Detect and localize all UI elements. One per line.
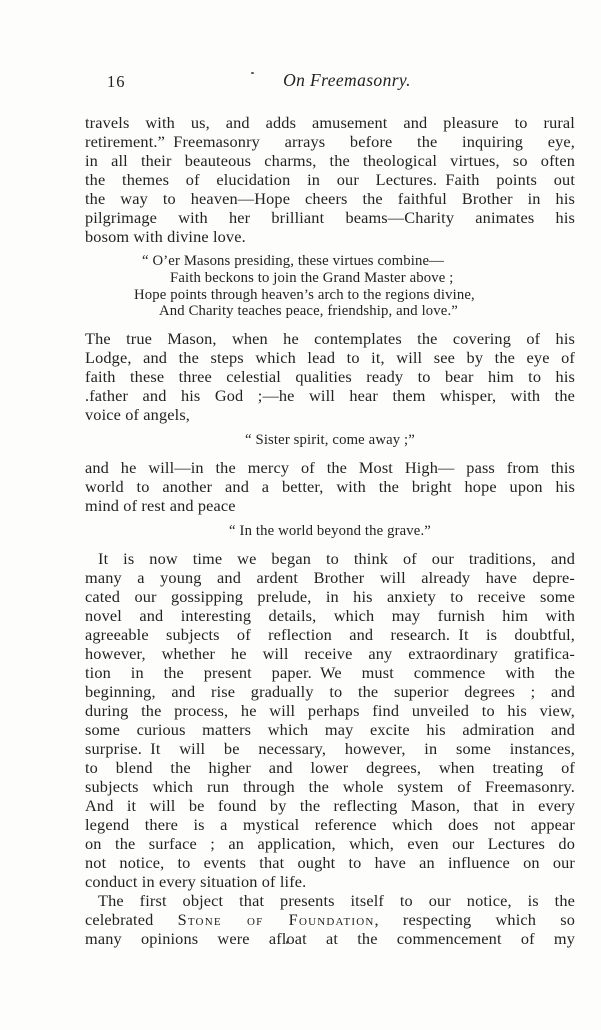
text-line: conduct in every situation of life. bbox=[85, 872, 575, 891]
text-line: agreeable subjects of reflection and res… bbox=[85, 625, 575, 644]
text-line: many opinions were afloat at the commenc… bbox=[85, 929, 575, 948]
text-line: Hope points through heaven’s arch to the… bbox=[134, 287, 575, 304]
text-line: to blend the higher and lower degrees, w… bbox=[85, 758, 575, 777]
paragraph-traditions: It is now time we began to think of our … bbox=[85, 549, 575, 891]
small-caps-text: Stone of Foundation bbox=[178, 910, 375, 929]
text-line: the way to heaven—Hope cheers the faithf… bbox=[85, 189, 575, 208]
text-line: some curious matters which may excite hi… bbox=[85, 720, 575, 739]
text-line: And it will be found by the reflecting M… bbox=[85, 796, 575, 815]
paragraph-true-mason: The true Mason, when he contemplates the… bbox=[85, 329, 575, 424]
text-line: voice of angels, bbox=[85, 405, 575, 424]
text-line: The first object that presents itself to… bbox=[85, 891, 575, 910]
text-line: novel and interesting details, which may… bbox=[85, 606, 575, 625]
text-line: tion in the present paper. We must comme… bbox=[85, 663, 575, 682]
text-line: subjects which run through the whole sys… bbox=[85, 777, 575, 796]
text-line: “ O’er Masons presiding, these virtues c… bbox=[142, 253, 575, 270]
page-number: 16 bbox=[107, 72, 126, 92]
quote-sister-spirit: “ Sister spirit, come away ;” bbox=[85, 432, 575, 449]
paragraph-stone-of-foundation: The first object that presents itself to… bbox=[85, 891, 575, 948]
text-line: .father and his God ;—he will hear them … bbox=[85, 386, 575, 405]
text-line: and he will—in the mercy of the Most Hig… bbox=[85, 458, 575, 477]
page-content: 16 On Freemasonry. travels with us, and … bbox=[85, 70, 575, 948]
text-line: legend there is a mystical reference whi… bbox=[85, 815, 575, 834]
text-line: not notice, to events that ought to have… bbox=[85, 853, 575, 872]
text-line: The true Mason, when he contemplates the… bbox=[85, 329, 575, 348]
text-line: however, whether he will receive any ext… bbox=[85, 644, 575, 663]
text-line: world to another and a better, with the … bbox=[85, 477, 575, 496]
paragraph-and-he-will: and he will—in the mercy of the Most Hig… bbox=[85, 458, 575, 515]
text-line: in all their beauteous charms, the theol… bbox=[85, 151, 575, 170]
text-line: faith these three celestial qualities re… bbox=[85, 367, 575, 386]
verse-stanza: “ O’er Masons presiding, these virtues c… bbox=[85, 253, 575, 320]
book-page: 16 On Freemasonry. travels with us, and … bbox=[0, 0, 601, 1030]
text-line: on the surface ; an application, which, … bbox=[85, 834, 575, 853]
text-line: many a young and ardent Brother will alr… bbox=[85, 568, 575, 587]
text-line: travels with us, and adds amusement and … bbox=[85, 113, 575, 132]
text-line: It is now time we began to think of our … bbox=[85, 549, 575, 568]
text-line: surprise. It will be necessary, however,… bbox=[85, 739, 575, 758]
text-line: And Charity teaches peace, friendship, a… bbox=[159, 303, 575, 320]
paragraph-travels: travels with us, and adds amusement and … bbox=[85, 113, 575, 246]
text-line: retirement.” Freemasonry arrays before t… bbox=[85, 132, 575, 151]
text-line: mind of rest and peace bbox=[85, 496, 575, 515]
text-line: beginning, and rise gradually to the sup… bbox=[85, 682, 575, 701]
text-line: cated our gossipping prelude, in his anx… bbox=[85, 587, 575, 606]
text-line: Lodge, and the steps which lead to it, w… bbox=[85, 348, 575, 367]
text-line: Faith beckons to join the Grand Master a… bbox=[170, 270, 575, 287]
page-header: 16 On Freemasonry. bbox=[85, 70, 575, 92]
text-line: during the process, he will perhaps find… bbox=[85, 701, 575, 720]
text-line: celebrated Stone of Foundation, respecti… bbox=[85, 910, 575, 929]
text-line: pilgrimage with her brilliant beams—Char… bbox=[85, 208, 575, 227]
text-line: the themes of elucidation in our Lecture… bbox=[85, 170, 575, 189]
quote-world-beyond-grave: “ In the world beyond the grave.” bbox=[85, 523, 575, 540]
text-line: bosom with divine love. bbox=[85, 227, 575, 246]
running-title: On Freemasonry. bbox=[85, 70, 575, 91]
